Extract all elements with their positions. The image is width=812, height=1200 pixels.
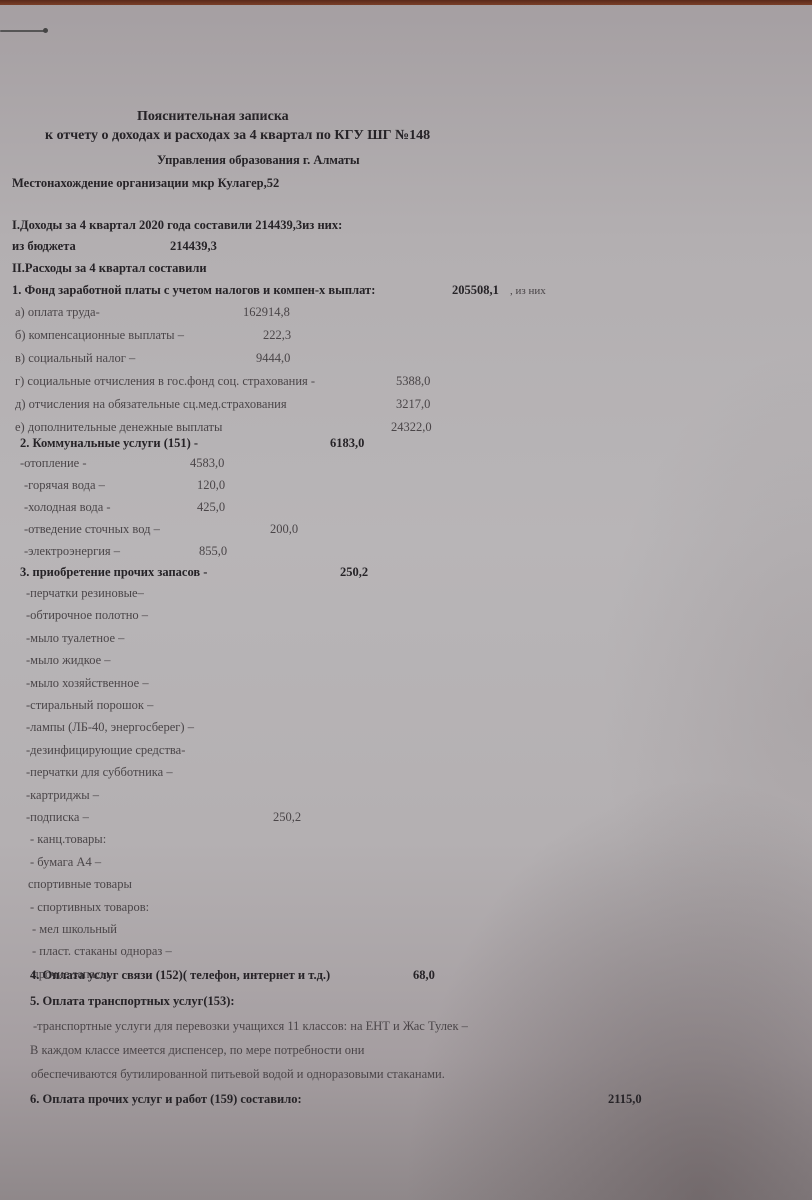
utilities-value: 6183,0 <box>330 435 364 451</box>
supply-item-label: - мел школьный <box>32 921 117 937</box>
transport-line-1: -транспортные услуги для перевозки учащи… <box>33 1018 468 1034</box>
payroll-item-value: 162914,8 <box>243 304 290 320</box>
utility-item-value: 855,0 <box>199 543 227 559</box>
supply-item-label: -перчатки для субботника – <box>26 764 173 780</box>
supply-item-label: -стиральный порошок – <box>26 697 153 713</box>
utility-item-label: -электроэнергия – <box>24 543 120 559</box>
document-subtitle: к отчету о доходах и расходах за 4 кварт… <box>45 128 430 144</box>
supply-item-label: - канц.товары: <box>30 831 106 847</box>
supply-item-label: - бумага А4 – <box>30 854 101 870</box>
supply-item-label: - спортивных товаров: <box>30 899 149 915</box>
utility-item-value: 4583,0 <box>190 455 224 471</box>
income-budget-value: 214439,3 <box>170 238 217 254</box>
organization-location: Местонахождение организации мкр Кулагер,… <box>12 175 279 191</box>
payroll-item-label: е) дополнительные денежные выплаты <box>15 419 222 435</box>
other-services-label: 6. Оплата прочих услуг и работ (159) сос… <box>30 1091 302 1107</box>
staple-icon <box>0 30 46 32</box>
utility-item-label: -отопление - <box>20 455 87 471</box>
transport-label: 5. Оплата транспортных услуг(153): <box>30 993 235 1009</box>
payroll-value: 205508,1 <box>452 282 499 298</box>
utility-item-value: 200,0 <box>270 521 298 537</box>
supply-item-label: -обтирочное полотно – <box>26 607 148 623</box>
supply-item-label: -мыло туалетное – <box>26 630 124 646</box>
payroll-item-label: б) компенсационные выплаты – <box>15 327 184 343</box>
utility-item-value: 120,0 <box>197 477 225 493</box>
payroll-item-label: а) оплата труда- <box>15 304 100 320</box>
supply-item-label: -картриджы – <box>26 787 99 803</box>
payroll-item-value: 9444,0 <box>256 350 290 366</box>
supplies-value: 250,2 <box>340 564 368 580</box>
supply-item-label: - пласт. стаканы однораз – <box>32 943 172 959</box>
utility-item-label: -отведение сточных вод – <box>24 521 160 537</box>
payroll-label: 1. Фонд заработной платы с учетом налого… <box>12 282 375 298</box>
supply-item-label: -подписка – <box>26 809 89 825</box>
income-heading: I.Доходы за 4 квартал 2020 года составил… <box>12 217 342 233</box>
communication-value: 68,0 <box>413 967 435 983</box>
supply-item-label: спортивные товары <box>28 876 132 892</box>
desk-edge <box>0 0 812 5</box>
supply-item-label: -мыло хозяйственное – <box>26 675 149 691</box>
supplies-label: 3. приобретение прочих запасов - <box>20 564 207 580</box>
other-services-value: 2115,0 <box>608 1091 642 1107</box>
payroll-item-value: 3217,0 <box>396 396 430 412</box>
transport-line-2: В каждом классе имеется диспенсер, по ме… <box>30 1042 364 1058</box>
utilities-label: 2. Коммунальные услуги (151) - <box>20 435 198 451</box>
supply-item-label: -мыло жидкое – <box>26 652 111 668</box>
department-name: Управления образования г. Алматы <box>157 152 360 168</box>
payroll-item-label: в) социальный налог – <box>15 350 135 366</box>
payroll-item-value: 222,3 <box>263 327 291 343</box>
payroll-item-value: 5388,0 <box>396 373 430 389</box>
transport-line-3: обеспечиваются бутилированной питьевой в… <box>31 1066 445 1082</box>
payroll-item-value: 24322,0 <box>391 419 432 435</box>
supply-item-label: -дезинфицирующие средства- <box>26 742 185 758</box>
supply-item-label: -лампы (ЛБ-40, энергосберег) – <box>26 719 194 735</box>
communication-label: 4. Оплата услуг связи (152)( телефон, ин… <box>30 967 330 983</box>
supply-item-value: 250,2 <box>273 809 301 825</box>
income-budget-label: из бюджета <box>12 238 76 254</box>
payroll-suffix: , из них <box>510 283 546 299</box>
utility-item-label: -горячая вода – <box>24 477 105 493</box>
utility-item-value: 425,0 <box>197 499 225 515</box>
document-title: Пояснительная записка <box>137 109 289 125</box>
expenses-heading: II.Расходы за 4 квартал составили <box>12 260 207 276</box>
utility-item-label: -холодная вода - <box>24 499 111 515</box>
payroll-item-label: г) социальные отчисления в гос.фонд соц.… <box>15 373 315 389</box>
supply-item-label: -перчатки резиновые– <box>26 585 144 601</box>
payroll-item-label: д) отчисления на обязательные сц.мед.стр… <box>15 396 287 412</box>
